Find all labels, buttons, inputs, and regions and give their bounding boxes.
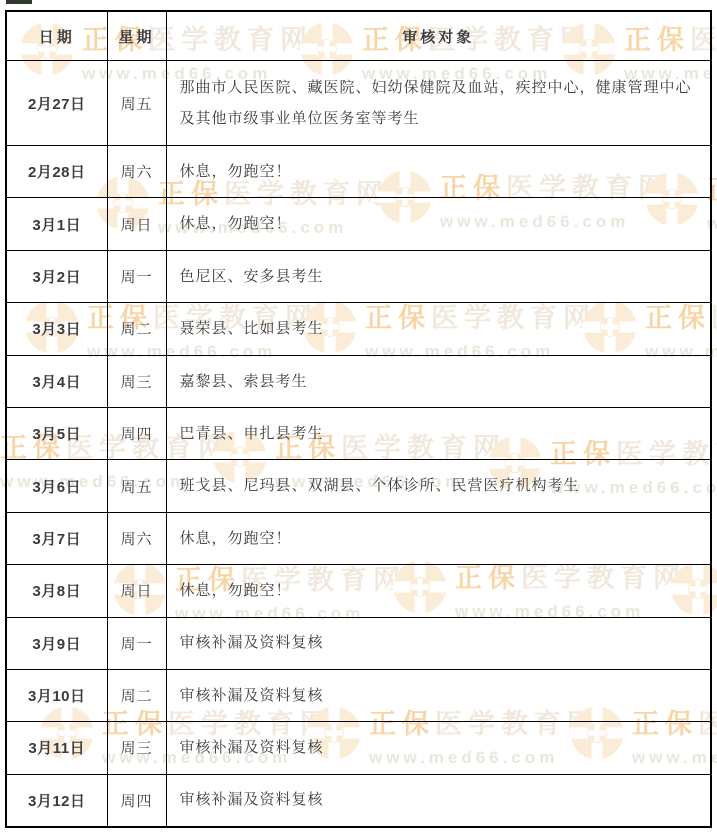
weekday-cell: 周六 [107, 512, 166, 564]
date-cell: 3月7日 [6, 512, 107, 564]
date-cell: 3月11日 [6, 722, 107, 774]
weekday-cell: 周一 [107, 250, 166, 302]
weekday-cell: 周二 [107, 303, 166, 355]
weekday-cell: 周五 [107, 61, 166, 146]
date-cell: 2月28日 [6, 146, 107, 198]
target-cell: 休息，勿跑空！ [166, 565, 711, 617]
date-cell: 3月4日 [6, 355, 107, 407]
date-cell: 3月3日 [6, 303, 107, 355]
date-cell: 3月12日 [6, 774, 107, 826]
target-cell: 巴青县、申扎县考生 [166, 407, 711, 459]
table-row: 3月9日 周一 审核补漏及资料复核 [6, 617, 711, 669]
weekday-cell: 周四 [107, 407, 166, 459]
date-cell: 3月1日 [6, 198, 107, 250]
weekday-cell: 周一 [107, 617, 166, 669]
weekday-cell: 周三 [107, 355, 166, 407]
header-weekday: 星期 [107, 11, 166, 61]
weekday-cell: 周日 [107, 198, 166, 250]
weekday-cell: 周日 [107, 565, 166, 617]
table-row: 3月3日 周二 聂荣县、比如县考生 [6, 303, 711, 355]
page: 正保医学教育网www.med66.com正保医学教育网www.med66.com… [0, 0, 717, 833]
date-cell: 3月6日 [6, 460, 107, 512]
target-cell: 休息，勿跑空！ [166, 512, 711, 564]
target-cell: 聂荣县、比如县考生 [166, 303, 711, 355]
table-row: 3月8日 周日 休息，勿跑空！ [6, 565, 711, 617]
target-cell: 审核补漏及资料复核 [166, 722, 711, 774]
date-cell: 3月2日 [6, 250, 107, 302]
table-row: 3月6日 周五 班戈县、尼玛县、双湖县、个体诊所、民营医疗机构考生 [6, 460, 711, 512]
target-cell: 审核补漏及资料复核 [166, 669, 711, 721]
table-row: 3月12日 周四 审核补漏及资料复核 [6, 774, 711, 826]
table-row: 2月27日 周五 那曲市人民医院、藏医院、妇幼保健院及血站，疾控中心，健康管理中… [6, 61, 711, 146]
weekday-cell: 周二 [107, 669, 166, 721]
table-row: 2月28日 周六 休息，勿跑空！ [6, 146, 711, 198]
header-target: 审核对象 [166, 11, 711, 61]
date-cell: 3月8日 [6, 565, 107, 617]
target-cell: 嘉黎县、索县考生 [166, 355, 711, 407]
target-cell: 那曲市人民医院、藏医院、妇幼保健院及血站，疾控中心，健康管理中心及其他市级事业单… [166, 61, 711, 146]
target-cell: 审核补漏及资料复核 [166, 617, 711, 669]
date-cell: 3月5日 [6, 407, 107, 459]
target-cell: 色尼区、安多县考生 [166, 250, 711, 302]
target-cell: 审核补漏及资料复核 [166, 774, 711, 826]
table-row: 3月5日 周四 巴青县、申扎县考生 [6, 407, 711, 459]
table-row: 3月7日 周六 休息，勿跑空！ [6, 512, 711, 564]
date-cell: 3月10日 [6, 669, 107, 721]
weekday-cell: 周四 [107, 774, 166, 826]
header-date: 日期 [6, 11, 107, 61]
weekday-cell: 周五 [107, 460, 166, 512]
table-row: 3月2日 周一 色尼区、安多县考生 [6, 250, 711, 302]
weekday-cell: 周三 [107, 722, 166, 774]
date-cell: 3月9日 [6, 617, 107, 669]
target-cell: 休息，勿跑空！ [166, 146, 711, 198]
target-cell: 休息，勿跑空！ [166, 198, 711, 250]
table-row: 3月1日 周日 休息，勿跑空！ [6, 198, 711, 250]
schedule-table: 日期 星期 审核对象 2月27日 周五 那曲市人民医院、藏医院、妇幼保健院及血站… [5, 10, 712, 828]
target-cell: 班戈县、尼玛县、双湖县、个体诊所、民营医疗机构考生 [166, 460, 711, 512]
date-cell: 2月27日 [6, 61, 107, 146]
table-row: 3月4日 周三 嘉黎县、索县考生 [6, 355, 711, 407]
table-row: 3月11日 周三 审核补漏及资料复核 [6, 722, 711, 774]
cropped-toolbar-fragment [6, 0, 32, 4]
weekday-cell: 周六 [107, 146, 166, 198]
table-row: 3月10日 周二 审核补漏及资料复核 [6, 669, 711, 721]
header-row: 日期 星期 审核对象 [6, 11, 711, 61]
